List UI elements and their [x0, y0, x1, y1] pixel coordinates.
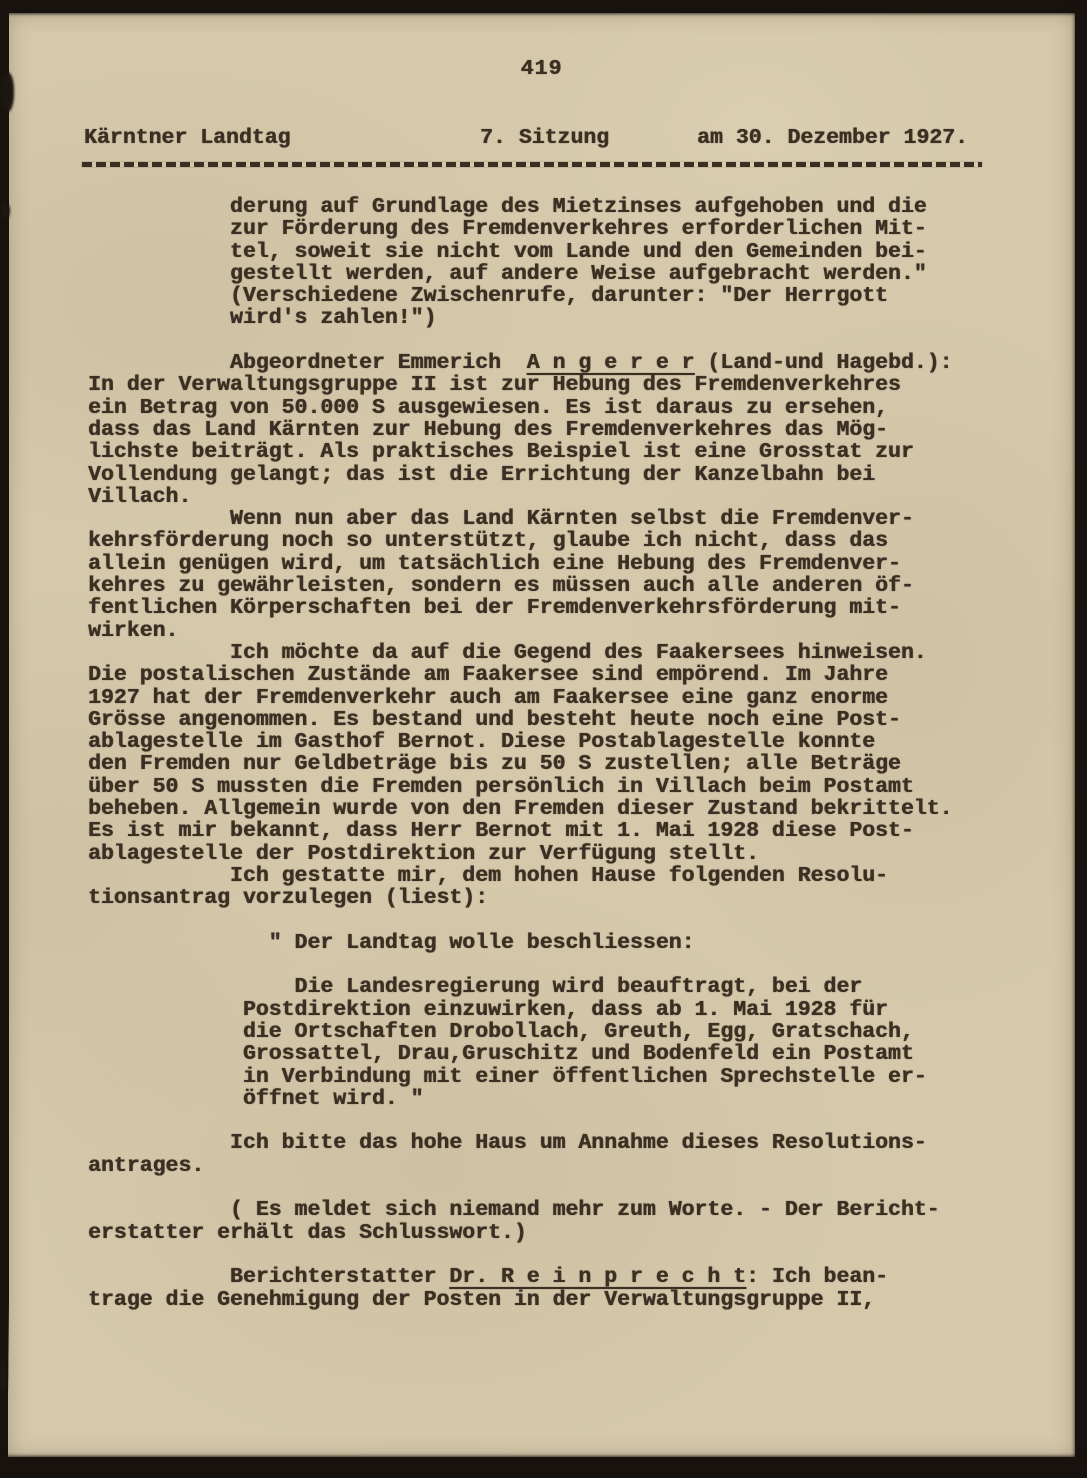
header-session-number: 7. Sitzung — [480, 127, 609, 149]
text-line: in Verbindung mit einer öffentlichen Spr… — [88, 1066, 1075, 1088]
text-line: ein Betrag von 50.000 S ausgewiesen. Es … — [88, 397, 1075, 419]
text-line: über 50 S mussten die Fremden persönlich… — [88, 776, 1075, 798]
text-segment: Die postalischen Zustände am Faakersee s… — [88, 663, 888, 687]
paragraph-speech-angerer: Abgeordneter Emmerich A n g e r e r (Lan… — [88, 352, 1075, 508]
paragraph-speech-reinprecht: Berichterstatter Dr. R e i n p r e c h t… — [88, 1266, 1075, 1311]
text-line: Villach. — [88, 486, 1075, 508]
text-line: dass das Land Kärnten zur Hebung des Fre… — [88, 419, 1075, 441]
scan-border-right — [1075, 0, 1087, 1478]
text-segment: Vollendung gelangt; das ist die Errichtu… — [88, 463, 875, 487]
scan-border-bottom — [0, 1457, 1087, 1478]
text-line: gestellt werden, auf andere Weise aufgeb… — [88, 263, 1075, 285]
text-segment: tel, soweit sie nicht vom Lande und den … — [88, 240, 927, 264]
header-date: am 30. Dezember 1927. — [697, 127, 968, 149]
page-number: 419 — [8, 58, 1075, 80]
underlined-name: Dr. R e i n p r e c h t — [449, 1265, 746, 1289]
paragraph-speech-faakersee: Ich möchte da auf die Gegend des Faakers… — [88, 642, 1075, 865]
text-line: Grösse angenommen. Es bestand und besteh… — [88, 709, 1075, 731]
scan-artifact — [0, 72, 14, 112]
text-line: kehrsförderung noch so unterstützt, glau… — [88, 530, 1075, 552]
text-segment: ein Betrag von 50.000 S ausgewiesen. Es … — [88, 396, 888, 420]
paragraph-resolution-heading: " Der Landtag wolle beschliessen: — [88, 932, 1075, 954]
text-segment: kehrsförderung noch so unterstützt, glau… — [88, 529, 888, 553]
text-line: Die Landesregierung wird beauftragt, bei… — [88, 976, 1075, 998]
scan-border-top — [0, 0, 1087, 13]
text-segment: " Der Landtag wolle beschliessen: — [88, 931, 694, 955]
text-line: Postdirektion einzuwirken, dass ab 1. Ma… — [88, 999, 1075, 1021]
scan-artifact — [0, 1358, 7, 1392]
scan-artifact — [0, 203, 10, 219]
text-segment: (Verschiedene Zwischenrufe, darunter: "D… — [88, 284, 888, 308]
text-segment: erstatter erhält das Schlusswort.) — [88, 1221, 527, 1245]
text-line: Vollendung gelangt; das ist die Errichtu… — [88, 464, 1075, 486]
text-segment: trage die Genehmigung der Posten in der … — [88, 1288, 875, 1312]
text-segment: beheben. Allgemein wurde von den Fremden… — [88, 797, 952, 821]
text-segment: ablagestelle der Postdirektion zur Verfü… — [88, 842, 759, 866]
text-line: zur Förderung des Fremdenverkehres erfor… — [88, 218, 1075, 240]
text-segment: in Verbindung mit einer öffentlichen Spr… — [88, 1065, 927, 1089]
text-line: Ich gestatte mir, dem hohen Hause folgen… — [88, 865, 1075, 887]
text-line: Ich möchte da auf die Gegend des Faakers… — [88, 642, 1075, 664]
text-line: wird's zahlen!") — [88, 307, 1075, 329]
text-segment: Grösse angenommen. Es bestand und besteh… — [88, 708, 901, 732]
underlined-name: A n g e r e r — [527, 351, 695, 375]
text-line: wirken. — [88, 620, 1075, 642]
text-line: trage die Genehmigung der Posten in der … — [88, 1289, 1075, 1311]
page-body: derung auf Grundlage des Mietzinses aufg… — [8, 196, 1075, 1311]
paragraph-speech-fremdenverkehr: Wenn nun aber das Land Kärnten selbst di… — [88, 508, 1075, 642]
text-segment: lichste beiträgt. Als praktisches Beispi… — [88, 440, 914, 464]
text-segment: tionsantrag vorzulegen (liest): — [88, 886, 488, 910]
text-line: die Ortschaften Drobollach, Greuth, Egg,… — [88, 1021, 1075, 1043]
text-segment: die Ortschaften Drobollach, Greuth, Egg,… — [88, 1020, 914, 1044]
text-line: den Fremden nur Geldbeträge bis zu 50 S … — [88, 753, 1075, 775]
text-line: Grossattel, Drau,Gruschitz und Bodenfeld… — [88, 1043, 1075, 1065]
paragraph-stage-direction: ( Es meldet sich niemand mehr zum Worte.… — [88, 1199, 1075, 1244]
text-segment: fentlichen Körperschaften bei der Fremde… — [88, 596, 901, 620]
text-segment: derung auf Grundlage des Mietzinses aufg… — [88, 195, 927, 219]
text-line: Ich bitte das hohe Haus um Annahme diese… — [88, 1132, 1075, 1154]
text-segment: : Ich bean- — [746, 1265, 888, 1289]
text-segment: Postdirektion einzuwirken, dass ab 1. Ma… — [88, 998, 888, 1022]
page-header: Kärntner Landtag 7. Sitzung am 30. Dezem… — [8, 127, 1075, 151]
text-segment: wird's zahlen!") — [88, 306, 436, 330]
text-segment: Ich bitte das hohe Haus um Annahme diese… — [88, 1131, 927, 1155]
text-segment: Ich gestatte mir, dem hohen Hause folgen… — [88, 864, 888, 888]
text-segment: Berichterstatter — [88, 1265, 449, 1289]
text-line: ablagestelle im Gasthof Bernot. Diese Po… — [88, 731, 1075, 753]
text-line: öffnet wird. " — [88, 1088, 1075, 1110]
text-segment: Abgeordneter Emmerich — [88, 351, 527, 375]
text-line: lichste beiträgt. Als praktisches Beispi… — [88, 441, 1075, 463]
text-line: 1927 hat der Fremdenverkehr auch am Faak… — [88, 687, 1075, 709]
paragraph-quoted-passage-continuation: derung auf Grundlage des Mietzinses aufg… — [88, 196, 1075, 330]
text-segment: öffnet wird. " — [88, 1087, 423, 1111]
text-line: Die postalischen Zustände am Faakersee s… — [88, 664, 1075, 686]
text-segment: Die Landesregierung wird beauftragt, bei… — [88, 975, 862, 999]
text-line: ( Es meldet sich niemand mehr zum Worte.… — [88, 1199, 1075, 1221]
text-segment: Villach. — [88, 485, 191, 509]
text-segment: den Fremden nur Geldbeträge bis zu 50 S … — [88, 752, 901, 776]
dashed-rule — [82, 162, 982, 167]
paragraph-speech-annahme: Ich bitte das hohe Haus um Annahme diese… — [88, 1132, 1075, 1177]
text-line: erstatter erhält das Schlusswort.) — [88, 1222, 1075, 1244]
text-line: Abgeordneter Emmerich A n g e r e r (Lan… — [88, 352, 1075, 374]
text-line: antrages. — [88, 1155, 1075, 1177]
text-segment: (Land-und Hagebd.): — [694, 351, 952, 375]
text-line: Wenn nun aber das Land Kärnten selbst di… — [88, 508, 1075, 530]
text-line: ablagestelle der Postdirektion zur Verfü… — [88, 843, 1075, 865]
text-segment: zur Förderung des Fremdenverkehres erfor… — [88, 217, 927, 241]
text-line: derung auf Grundlage des Mietzinses aufg… — [88, 196, 1075, 218]
text-segment: dass das Land Kärnten zur Hebung des Fre… — [88, 418, 888, 442]
text-segment: ( Es meldet sich niemand mehr zum Worte.… — [88, 1198, 940, 1222]
text-line: tionsantrag vorzulegen (liest): — [88, 887, 1075, 909]
text-segment: über 50 S mussten die Fremden persönlich… — [88, 775, 914, 799]
text-line: In der Verwaltungsgruppe II ist zur Hebu… — [88, 374, 1075, 396]
text-segment: Grossattel, Drau,Gruschitz und Bodenfeld… — [88, 1042, 914, 1066]
text-line: beheben. Allgemein wurde von den Fremden… — [88, 798, 1075, 820]
text-line: kehres zu gewährleisten, sondern es müss… — [88, 575, 1075, 597]
text-segment: allein genügen wird, um tatsächlich eine… — [88, 552, 901, 576]
text-segment: kehres zu gewährleisten, sondern es müss… — [88, 574, 914, 598]
header-institution: Kärntner Landtag — [84, 127, 290, 149]
text-line: Berichterstatter Dr. R e i n p r e c h t… — [88, 1266, 1075, 1288]
paper: 419 Kärntner Landtag 7. Sitzung am 30. D… — [8, 12, 1075, 1458]
text-line: fentlichen Körperschaften bei der Fremde… — [88, 597, 1075, 619]
text-line: (Verschiedene Zwischenrufe, darunter: "D… — [88, 285, 1075, 307]
text-line: Es ist mir bekannt, dass Herr Bernot mit… — [88, 820, 1075, 842]
text-segment: ablagestelle im Gasthof Bernot. Diese Po… — [88, 730, 875, 754]
text-segment: In der Verwaltungsgruppe II ist zur Hebu… — [88, 373, 901, 397]
text-segment: Ich möchte da auf die Gegend des Faakers… — [88, 641, 927, 665]
text-segment: 1927 hat der Fremdenverkehr auch am Faak… — [88, 686, 888, 710]
text-line: " Der Landtag wolle beschliessen: — [88, 932, 1075, 954]
text-segment: Es ist mir bekannt, dass Herr Bernot mit… — [88, 819, 914, 843]
text-segment: gestellt werden, auf andere Weise aufgeb… — [88, 262, 927, 286]
text-segment: antrages. — [88, 1154, 204, 1178]
text-line: tel, soweit sie nicht vom Lande und den … — [88, 241, 1075, 263]
text-line: allein genügen wird, um tatsächlich eine… — [88, 553, 1075, 575]
paragraph-speech-resolution-intro: Ich gestatte mir, dem hohen Hause folgen… — [88, 865, 1075, 910]
paragraph-resolution-text: Die Landesregierung wird beauftragt, bei… — [88, 976, 1075, 1110]
text-segment: Wenn nun aber das Land Kärnten selbst di… — [88, 507, 914, 531]
text-segment: wirken. — [88, 619, 178, 643]
